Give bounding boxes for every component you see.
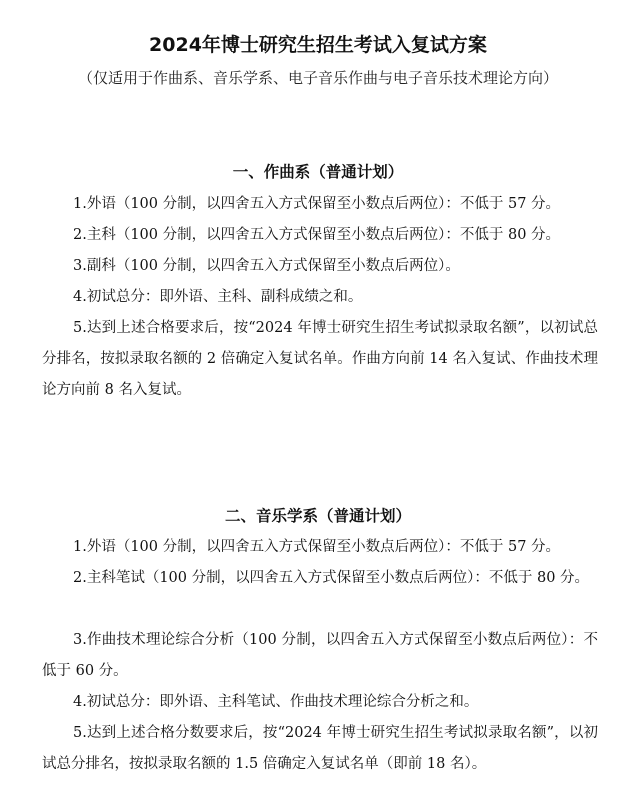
- list-item: 5.达到上述合格分数要求后，按“2024 年博士研究生招生考试拟录取名额”，以初…: [42, 718, 598, 780]
- list-item: 4.初试总分：即外语、主科笔试、作曲技术理论综合分析之和。: [42, 687, 598, 718]
- list-item: 1.外语（100 分制，以四舍五入方式保留至小数点后两位）：不低于 57 分。: [42, 532, 598, 563]
- list-item: 3.副科（100 分制，以四舍五入方式保留至小数点后两位）。: [42, 251, 598, 282]
- list-item: 2.主科笔试（100 分制，以四舍五入方式保留至小数点后两位）：不低于 80 分…: [42, 563, 598, 594]
- document-title: 2024年博士研究生招生考试入复试方案: [0, 30, 636, 57]
- list-item: 1.外语（100 分制，以四舍五入方式保留至小数点后两位）：不低于 57 分。: [42, 189, 598, 220]
- list-item: 3.作曲技术理论综合分析（100 分制，以四舍五入方式保留至小数点后两位）：不低…: [42, 625, 598, 687]
- list-item: 5.达到上述合格要求后，按“2024 年博士研究生招生考试拟录取名额”，以初试总…: [42, 313, 598, 406]
- section-heading: 二、音乐学系（普通计划）: [0, 504, 636, 526]
- section-heading: 一、作曲系（普通计划）: [0, 160, 636, 182]
- list-item: 4.初试总分：即外语、主科、副科成绩之和。: [42, 282, 598, 313]
- document-subtitle: （仅适用于作曲系、音乐学系、电子音乐作曲与电子音乐技术理论方向）: [0, 67, 636, 88]
- list-item: 2.主科（100 分制，以四舍五入方式保留至小数点后两位）：不低于 80 分。: [42, 220, 598, 251]
